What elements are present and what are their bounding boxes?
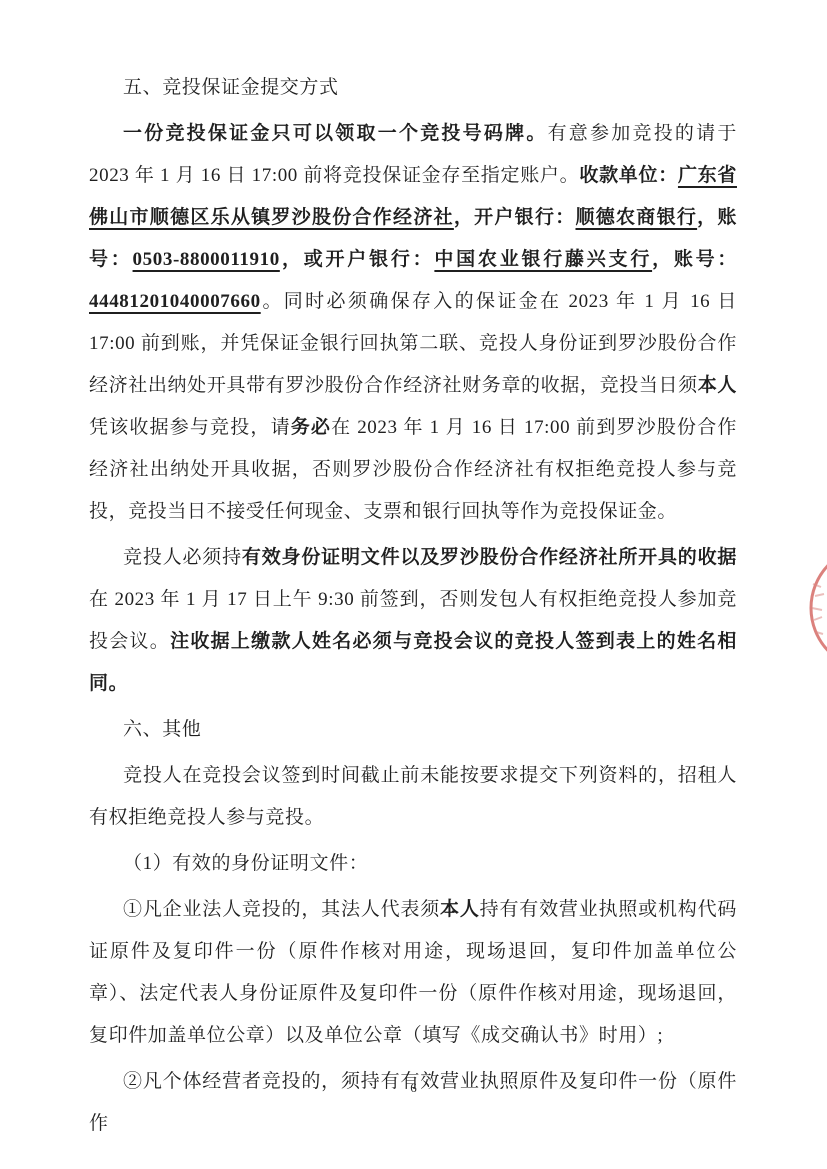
text-segment-emphasis: 本人 (698, 375, 737, 396)
text-segment-emphasis: 本人 (440, 899, 480, 920)
text-segment: 竞投人在竞投会议签到时间截止前未能按要求提交下列资料的，招租人有权拒绝竞投人参与… (89, 765, 737, 828)
text-segment: 一份竞投保证金只可以领取一个竞投号码牌。 (123, 123, 548, 144)
document-page: 五、竞投保证金提交方式 一份竞投保证金只可以领取一个竞投号码牌。有意参加竞投的请… (0, 0, 827, 1169)
heading-text: 五、竞投保证金提交方式 (123, 77, 339, 98)
account-number-2: 44481201040007660 (89, 291, 261, 312)
paragraph-deposit-payment-details: 一份竞投保证金只可以领取一个竞投号码牌。有意参加竞投的请于 2023 年 1 月… (89, 113, 737, 533)
section-heading-other: 六、其他 (89, 709, 737, 751)
text-segment-emphasis: 务必 (291, 417, 331, 438)
text-segment: ①凡企业法人竞投的，其法人代表须 (123, 899, 440, 920)
text-segment-emphasis: 有效身份证明文件以及罗沙股份合作经济社所开具的收据 (242, 547, 737, 568)
text-segment: 持有有效营业执照或机构代码证原件及复印件一份（原件作核对用途，现场退回，复印件加… (89, 899, 737, 1046)
text-segment-note: 注收据上缴款人姓名必须与竞投会议的竞投人签到表上的姓名相同。 (89, 631, 737, 694)
account-label-2: ，账号： (652, 249, 737, 270)
bank-name-1: 顺德农商银行 (575, 207, 697, 228)
paragraph-sign-in-requirement: 竞投人必须持有效身份证明文件以及罗沙股份合作经济社所开具的收据在 2023 年 … (89, 537, 737, 705)
document-body: 五、竞投保证金提交方式 一份竞投保证金只可以领取一个竞投号码牌。有意参加竞投的请… (89, 67, 737, 1149)
account-number-1: 0503-8800011910 (133, 249, 280, 270)
text-segment: 凭该收据参与竞投，请 (89, 417, 291, 438)
red-seal-fragment (803, 550, 827, 666)
paragraph-material-submission: 竞投人在竞投会议签到时间截止前未能按要求提交下列资料的，招租人有权拒绝竞投人参与… (89, 755, 737, 839)
paragraph-identity-documents-heading: （1）有效的身份证明文件： (89, 843, 737, 885)
bank-label: ，开户银行： (454, 207, 576, 228)
payee-label: 收款单位： (579, 165, 678, 186)
text-segment: 竞投人必须持 (123, 547, 242, 568)
paragraph-individual-bidder: ②凡个体经营者竞投的，须持有有效营业执照原件及复印件一份（原件作 (89, 1061, 737, 1145)
section-heading-deposit-method: 五、竞投保证金提交方式 (89, 67, 737, 109)
page-number: 6 (0, 1080, 827, 1096)
bank-name-2: 中国农业银行藤兴支行 (434, 249, 652, 270)
text-segment: （1）有效的身份证明文件： (123, 853, 368, 874)
heading-text: 六、其他 (123, 719, 201, 740)
paragraph-corporate-bidder: ①凡企业法人竞投的，其法人代表须本人持有有效营业执照或机构代码证原件及复印件一份… (89, 889, 737, 1057)
alt-bank-label: ，或开户银行： (280, 249, 435, 270)
